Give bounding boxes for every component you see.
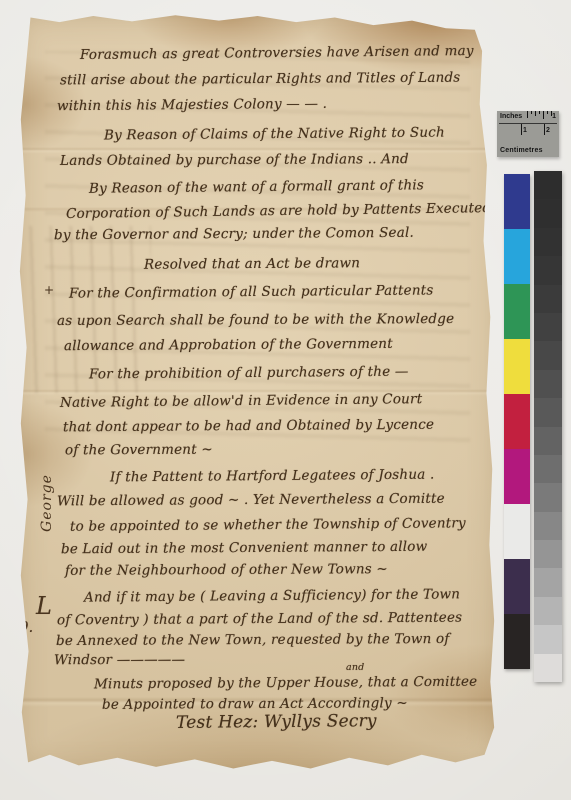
ruler-tick — [527, 111, 528, 118]
photograph-stage: Forasmuch as great Controversies have Ar… — [0, 0, 571, 800]
ruler-inches-label: Inches — [500, 113, 522, 120]
grayscale-step — [534, 370, 562, 398]
manuscript-line: By Reason of Claims of the Native Right … — [104, 125, 445, 144]
manuscript-line: of Coventry ) that a part of the Land of… — [57, 610, 462, 629]
color-patch — [504, 339, 530, 394]
grayscale-step — [534, 625, 562, 653]
manuscript-line: allowance and Approbation of the Governm… — [64, 336, 393, 354]
grayscale-step — [534, 654, 562, 682]
ruler-tick — [547, 111, 548, 114]
manuscript-line: within this his Majesties Colony — — . — [57, 96, 327, 114]
manuscript-line: If the Pattent to Hartford Legatees of J… — [110, 467, 435, 486]
grayscale-step — [534, 228, 562, 256]
manuscript-line: be Annexed to the New Town, requested by… — [56, 631, 450, 649]
ruler-inch-number: 1 — [552, 113, 556, 120]
manuscript-line: and — [346, 662, 364, 673]
manuscript-line: Windsor ————— — [54, 652, 185, 668]
manuscript-line: for the Neighbourhood of other New Towns… — [65, 561, 388, 579]
ruler-cm-tick-1 — [521, 124, 522, 135]
ruler-cm-tick-2 — [544, 124, 545, 135]
manuscript-page: Forasmuch as great Controversies have Ar… — [16, 13, 499, 773]
manuscript-line: as upon Search shall be found to be with… — [57, 311, 454, 329]
grayscale-step — [534, 483, 562, 511]
ruler-inch-ticks — [527, 111, 552, 121]
grayscale-step — [534, 285, 562, 313]
color-patch — [504, 229, 530, 284]
manuscript-line: And if it may be ( Leaving a Sufficiency… — [84, 586, 460, 605]
grayscale-step — [534, 313, 562, 341]
grayscale-step — [534, 341, 562, 369]
margin-flourish: L — [36, 592, 52, 620]
grayscale-step — [534, 171, 562, 199]
manuscript-line: be Appointed to draw an Act Accordingly … — [102, 695, 408, 713]
manuscript-line: Test Hez: Wyllys Secry — [176, 711, 377, 733]
color-patch — [504, 394, 530, 449]
ruler-scale-card: Inches 1 1 2 Centimetres — [497, 111, 559, 157]
manuscript-line: by the Governor and Secry; under the Com… — [54, 225, 414, 244]
grayscale-calibration-bar — [534, 171, 562, 682]
color-calibration-bar — [504, 174, 530, 669]
color-patch — [504, 504, 530, 559]
grayscale-step — [534, 512, 562, 540]
grayscale-step — [534, 427, 562, 455]
manuscript-line: of the Government ~ — [65, 442, 213, 459]
color-patch — [504, 614, 530, 669]
color-patch — [504, 284, 530, 339]
color-patch — [504, 174, 530, 229]
manuscript-line: For the prohibition of all purchasers of… — [89, 364, 409, 383]
manuscript-line: Lands Obtained by purchase of the Indian… — [60, 151, 409, 169]
margin-note-george: George — [39, 438, 55, 568]
grayscale-step — [534, 568, 562, 596]
grayscale-step — [534, 597, 562, 625]
color-patch — [504, 449, 530, 504]
color-patch — [504, 559, 530, 614]
manuscript-line: Minuts proposed by the Upper House, that… — [94, 674, 477, 693]
margin-flourish: 9. — [19, 618, 33, 636]
manuscript-line: For the Confirmation of all Such particu… — [69, 282, 434, 301]
ruler-cm-number-2: 2 — [546, 127, 550, 134]
manuscript-line: be Laid out in the most Convenient manne… — [61, 539, 427, 558]
ruler-cm-number-1: 1 — [523, 127, 527, 134]
ruler-tick — [531, 111, 532, 114]
manuscript-line: Will be allowed as good ~ . Yet Neverthe… — [57, 491, 445, 510]
ruler-midline — [499, 123, 557, 124]
grayscale-step — [534, 398, 562, 426]
manuscript-line: that dont appear to be had and Obtained … — [63, 417, 434, 436]
ruler-tick — [539, 111, 540, 114]
ruler-tick — [535, 111, 536, 116]
manuscript-line: Resolved that an Act be drawn — [144, 255, 360, 273]
grayscale-step — [534, 199, 562, 227]
grayscale-step — [534, 455, 562, 483]
manuscript-line: still arise about the particular Rights … — [60, 70, 461, 89]
margin-flourish: + — [44, 283, 54, 297]
grayscale-step — [534, 256, 562, 284]
grayscale-step — [534, 540, 562, 568]
ruler-tick — [543, 111, 544, 119]
ruler-centimetres-label: Centimetres — [500, 147, 543, 154]
